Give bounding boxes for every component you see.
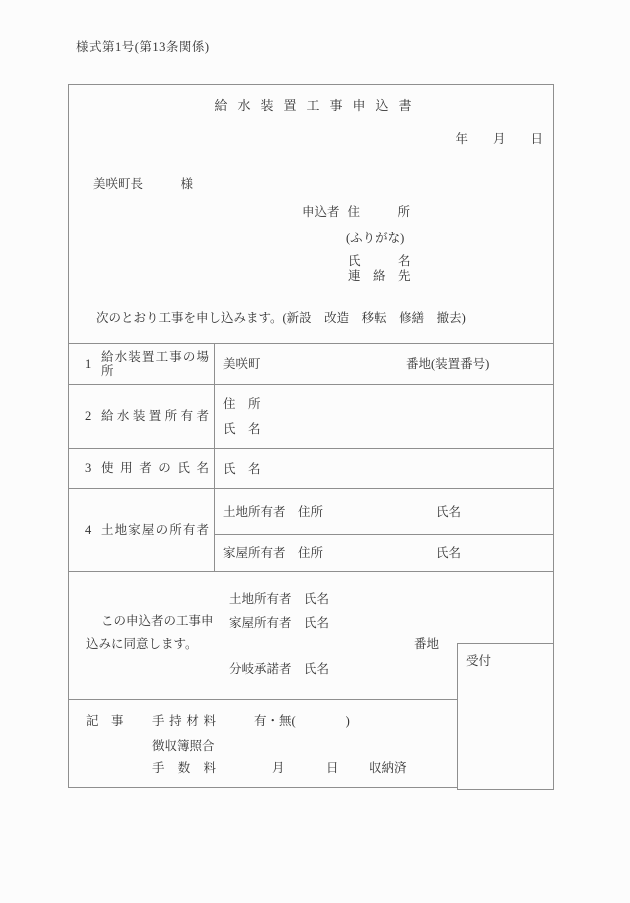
consent-land-owner-name: 土地所有者 氏名: [229, 592, 329, 606]
row1-number: 1: [85, 357, 101, 371]
application-statement: 次のとおり工事を申し込みます。(新設 改造 移転 修繕 撤去): [96, 311, 466, 325]
notes-label: 記 事: [86, 714, 124, 728]
addressee-line: 美咲町長 様: [93, 177, 193, 191]
material-on-hand-label: 手持材料: [152, 714, 216, 728]
applicant-name-line: 氏 名: [348, 254, 411, 268]
row4-label: 土地家屋の所有者: [101, 523, 209, 537]
consent-branch-consenter-name: 分岐承諾者 氏名: [229, 662, 329, 676]
applicant-contact-line: 連 絡 先: [348, 269, 411, 283]
row2-label-cell: 2 給水装置所有者: [69, 385, 214, 448]
table-row-device-owner: 2 給水装置所有者 住 所 氏 名: [69, 384, 553, 448]
row2-label: 給水装置所有者: [101, 409, 209, 423]
consent-house-owner-name: 家屋所有者 氏名: [229, 616, 329, 630]
row1-label-cell: 1 給水装置工事の場所: [69, 344, 214, 384]
row2-field-stack: 住 所 氏 名: [215, 385, 553, 448]
row4-house-owner-subrow: 家屋所有者 住所 氏名: [215, 534, 553, 571]
row2-name-field-label: 氏 名: [223, 422, 553, 436]
land-owner-name-label: 氏名: [436, 504, 461, 518]
fee-label: 手数料: [152, 761, 216, 775]
row2-content-cell: 住 所 氏 名: [214, 385, 553, 448]
material-yes-no-field: 有・無( ): [254, 714, 350, 728]
water-supply-application-form: 給水装置工事申込書 年 月 日 美咲町長 様 申込者住 所 (ふりがな) 氏 名…: [68, 84, 554, 788]
form-title: 給水装置工事申込書: [69, 99, 553, 114]
fee-day-label: 日: [326, 761, 339, 775]
row3-content-cell: 氏 名: [214, 449, 553, 488]
applicant-address-field-label: 住 所: [348, 205, 411, 219]
row4-number: 4: [85, 523, 101, 537]
fee-month-label: 月: [272, 761, 285, 775]
row3-label-cell: 3 使用者の氏名: [69, 449, 214, 488]
applicant-label: 申込者: [302, 205, 340, 219]
row4-content-cell: 土地所有者 住所 氏名 家屋所有者 住所 氏名: [214, 489, 553, 571]
row2-address-field-label: 住 所: [223, 397, 553, 411]
reception-stamp-box: 受付: [457, 643, 554, 790]
consent-lot-label: 番地: [414, 637, 439, 651]
consent-statement-line2: 込みに同意します。: [86, 637, 198, 651]
fee-paid-label: 収納済: [369, 761, 407, 775]
date-line: 年 月 日: [455, 132, 543, 146]
house-owner-name-label: 氏名: [436, 546, 461, 560]
row4-label-cell: 4 土地家屋の所有者: [69, 489, 214, 571]
document-page: 様式第1号(第13条関係) 給水装置工事申込書 年 月 日 美咲町長 様 申込者…: [0, 0, 630, 903]
row1-label: 給水装置工事の場所: [101, 350, 209, 379]
reception-label: 受付: [466, 654, 491, 668]
row3-label: 使用者の氏名: [101, 461, 209, 475]
row1-lot-label: 番地(装置番号): [406, 357, 489, 371]
consent-statement-line1: この申込者の工事申: [101, 614, 214, 628]
applicant-furigana-line: (ふりがな): [346, 231, 404, 245]
form-number-label: 様式第1号(第13条関係): [76, 40, 210, 54]
house-owner-address-label: 家屋所有者 住所: [223, 546, 323, 560]
table-row-user-name: 3 使用者の氏名 氏 名: [69, 448, 553, 488]
row3-number: 3: [85, 461, 101, 475]
row1-town-value: 美咲町: [223, 357, 261, 371]
table-row-work-place: 1 給水装置工事の場所 美咲町 番地(装置番号): [69, 343, 553, 384]
applicant-address-line: 申込者住 所: [302, 205, 410, 219]
row4-land-owner-subrow: 土地所有者 住所 氏名: [215, 489, 553, 534]
row1-content-cell: 美咲町 番地(装置番号): [214, 344, 553, 384]
land-owner-address-label: 土地所有者 住所: [223, 504, 323, 518]
row2-number: 2: [85, 409, 101, 423]
ledger-check-label: 徴収簿照合: [152, 739, 215, 753]
table-row-land-house-owner: 4 土地家屋の所有者 土地所有者 住所 氏名 家屋所有者 住所 氏名: [69, 488, 553, 571]
row3-name-field-label: 氏 名: [223, 461, 261, 475]
